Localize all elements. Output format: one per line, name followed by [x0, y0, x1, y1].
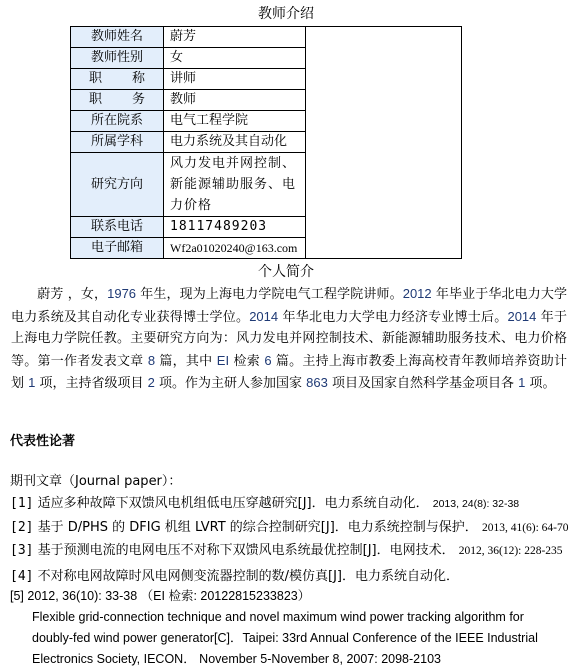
bio-text: 项，主持省级项目 [35, 376, 147, 391]
label-department: 所在院系 [71, 111, 164, 132]
label-title-part2: 称 [132, 69, 145, 89]
label-position: 职 务 [71, 90, 164, 111]
value-department: 电气工程学院 [164, 111, 306, 132]
value-name: 蔚芳 [164, 27, 306, 48]
bio-number: 1976 [107, 286, 136, 301]
value-title: 讲师 [164, 69, 306, 90]
reference-5-line2: Flexible grid-connection technique and n… [10, 607, 570, 628]
reference-title: 不对称电网故障时风电网侧变流器控制的数/模仿真[J]．电力系统自动化． [38, 569, 459, 584]
reference-item-5: [5] 2012, 36(10): 33-38 （EI 检索: 20122815… [10, 586, 570, 670]
bio-text: 项目及国家自然科学基金项目各 [328, 376, 518, 391]
journal-heading: 期刊文章（Journal paper）： [10, 470, 181, 489]
label-title: 职 称 [71, 69, 164, 90]
bio-text: 年生，现为上海电力学院电气工程学院讲师。 [136, 287, 403, 302]
value-email[interactable]: Wf2a01020240@163.com [164, 238, 306, 259]
reference-item: [4] 不对称电网故障时风电网侧变流器控制的数/模仿真[J]．电力系统自动化． [10, 565, 459, 584]
reference-detail: 2012, 36(12): 228-235 [459, 545, 563, 557]
label-phone: 联系电话 [71, 217, 164, 238]
reference-title: 基于预测电流的电网电压不对称下双馈风电系统最优控制[J]．电网技术． [38, 543, 455, 558]
reference-index: [1] [10, 496, 33, 511]
reference-index: [4] [10, 569, 33, 584]
reference-title: 适应多种故障下双馈风电机组低电压穿越研究[J]．电力系统自动化． [38, 496, 429, 511]
bio-text: 年华北电力大学电力经济专业博士后。 [278, 310, 507, 325]
bio-text: 蔚芳 ，女， [11, 287, 107, 302]
teacher-profile-table: 教师姓名 蔚芳 教师性别 女 职 称 讲师 职 务 教师 所在院系 电气工程学院… [70, 26, 462, 259]
bio-text: 篇，其中 [155, 354, 217, 369]
label-research: 研究方向 [71, 153, 164, 217]
reference-title: 基于 D/PHS 的 DFIG 机组 LVRT 的综合控制研究[J]．电力系统控… [38, 520, 478, 535]
reference-detail: 2012, 36(10): 33-38 （EI 检索: 201228152338… [27, 589, 310, 603]
reference-detail: 2013, 41(6): 64-70 [482, 522, 569, 534]
bio-number: EI [217, 353, 229, 368]
reference-item: [2] 基于 D/PHS 的 DFIG 机组 LVRT 的综合控制研究[J]．电… [10, 516, 569, 535]
reference-5-line1: [5] 2012, 36(10): 33-38 （EI 检索: 20122815… [10, 586, 570, 607]
bio-text: 检索 [229, 354, 264, 369]
bio-paragraph: 蔚芳 ，女，1976 年生，现为上海电力学院电气工程学院讲师。2012 年毕业于… [11, 283, 567, 395]
label-position-part2: 务 [132, 90, 145, 110]
bio-text: 项。 [525, 376, 555, 391]
table-row: 教师姓名 蔚芳 [71, 27, 462, 48]
label-discipline: 所属学科 [71, 132, 164, 153]
photo-placeholder [306, 27, 462, 259]
label-name: 教师姓名 [71, 27, 164, 48]
value-position: 教师 [164, 90, 306, 111]
reference-5-line3: doubly-fed wind power generator[C]．Taipe… [10, 628, 570, 649]
reference-index: [3] [10, 543, 33, 558]
label-title-part1: 职 [89, 69, 102, 89]
value-research: 风力发电并网控制、新能源辅助服务、电力价格 [164, 153, 306, 217]
reference-detail: 2013, 24(8): 32-38 [433, 498, 519, 510]
reference-index: [2] [10, 520, 33, 535]
label-position-part1: 职 [89, 90, 102, 110]
reference-5-line4: Electronics Society, IECON． November 5-N… [10, 649, 570, 670]
reference-item: [1] 适应多种故障下双馈风电机组低电压穿越研究[J]．电力系统自动化． 201… [10, 492, 519, 511]
teacher-intro-title: 教师介绍 [0, 5, 572, 23]
bio-number: 863 [306, 375, 328, 390]
value-phone: 18117489203 [164, 217, 306, 238]
bio-number: 2012 [403, 286, 432, 301]
reference-item: [3] 基于预测电流的电网电压不对称下双馈风电系统最优控制[J]．电网技术． 2… [10, 539, 563, 558]
bio-text: 项。作为主研人参加国家 [155, 376, 306, 391]
reference-index: [5] [10, 589, 24, 603]
value-gender: 女 [164, 48, 306, 69]
bio-number: 6 [264, 353, 271, 368]
label-email: 电子邮箱 [71, 238, 164, 259]
label-gender: 教师性别 [71, 48, 164, 69]
bio-number: 2014 [507, 309, 536, 324]
bio-number: 2 [148, 375, 155, 390]
bio-title: 个人简介 [0, 263, 572, 281]
publications-heading: 代表性论著 [10, 430, 75, 449]
bio-number: 8 [148, 353, 155, 368]
bio-number: 2014 [249, 309, 278, 324]
value-discipline: 电力系统及其自动化 [164, 132, 306, 153]
